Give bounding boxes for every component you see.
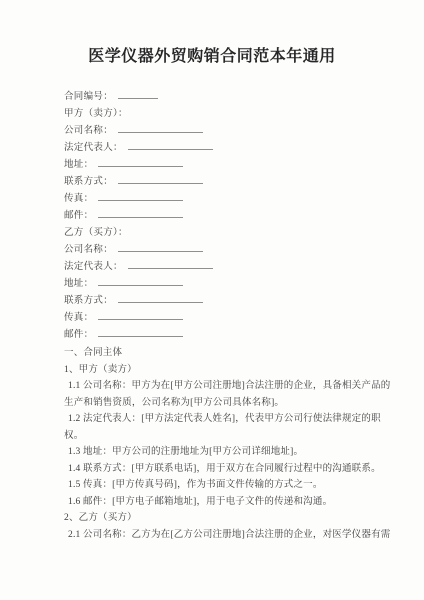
field-label-address: 地址：	[64, 279, 93, 289]
field-label-email: 邮件：	[64, 211, 93, 221]
clause-1-3-line: 1.3 地址：甲方公司的注册地址为[甲方公司详细地址]。	[64, 444, 366, 461]
clause-1-1-line: 生产和销售资质，公司名称为[甲方公司具体名称]。	[64, 395, 366, 412]
field-row: 传真：	[64, 310, 366, 327]
field-row: 联系方式：	[64, 293, 366, 310]
field-row: 传真：	[64, 191, 366, 208]
field-label-company-name: 公司名称：	[64, 245, 113, 255]
field-row: 地址：	[64, 276, 366, 293]
field-label-company-name: 公司名称：	[64, 126, 113, 136]
field-blank-legal-rep	[128, 140, 213, 150]
field-blank-email	[98, 208, 183, 218]
clause-1-6-line: 1.6 邮件：[甲方电子邮箱地址]，用于电子文件的传递和沟通。	[64, 494, 366, 511]
party-a-header-label: 甲方（卖方）：	[64, 109, 128, 119]
clause-1-5-line: 1.5 传真：[甲方传真号码]，作为书面文件传输的方式之一。	[64, 477, 366, 494]
contract-title: 医学仪器外贸购销合同范本年通用	[0, 0, 424, 68]
clause-2-1-line: 2.1 公司名称：乙方为在[乙方公司注册地]合法注册的企业，对医学仪器有需	[64, 527, 366, 544]
contract-document-page: 医学仪器外贸购销合同范本年通用 合同编号： 甲方（卖方）： 公司名称： 法定代表…	[0, 0, 424, 600]
field-row: 法定代表人：	[64, 259, 366, 276]
clause-1-4-line: 1.4 联系方式：[甲方联系电话]，用于双方在合同履行过程中的沟通联系。	[64, 461, 366, 478]
contract-no-row: 合同编号：	[64, 89, 366, 106]
field-row: 地址：	[64, 157, 366, 174]
field-label-address: 地址：	[64, 160, 93, 170]
field-blank-company-name	[118, 242, 203, 252]
field-label-fax: 传真：	[64, 194, 93, 204]
contract-no-blank	[118, 89, 158, 99]
contract-no-label: 合同编号：	[64, 92, 113, 102]
clause-1-2-line: 1.2 法定代表人：[甲方法定代表人姓名]，代表甲方公司行使法律规定的职	[64, 411, 366, 428]
contract-fields: 合同编号： 甲方（卖方）： 公司名称： 法定代表人： 地址： 联系方式： 传真：…	[64, 89, 366, 344]
field-blank-company-name	[118, 123, 203, 133]
field-blank-address	[98, 157, 183, 167]
party-b-header: 乙方（买方）：	[64, 225, 366, 242]
field-row: 法定代表人：	[64, 140, 366, 157]
party-a-clause-heading: 1、甲方（卖方）	[64, 362, 366, 379]
field-row: 公司名称：	[64, 123, 366, 140]
field-row: 联系方式：	[64, 174, 366, 191]
field-row: 邮件：	[64, 208, 366, 225]
field-label-fax: 传真：	[64, 313, 93, 323]
clause-1-2-line: 权。	[64, 428, 366, 445]
party-a-header: 甲方（卖方）：	[64, 106, 366, 123]
field-label-contact: 联系方式：	[64, 296, 113, 306]
field-label-contact: 联系方式：	[64, 177, 113, 187]
field-label-email: 邮件：	[64, 330, 93, 340]
party-b-header-label: 乙方（买方）：	[64, 228, 128, 238]
contract-body: 一、合同主体 1、甲方（卖方） 1.1 公司名称：甲方为在[甲方公司注册地]合法…	[64, 345, 366, 543]
field-label-legal-rep: 法定代表人：	[64, 262, 123, 272]
field-blank-contact	[118, 293, 203, 303]
field-blank-legal-rep	[128, 259, 213, 269]
field-blank-address	[98, 276, 183, 286]
field-row: 公司名称：	[64, 242, 366, 259]
field-blank-fax	[98, 191, 183, 201]
clause-1-1-line: 1.1 公司名称：甲方为在[甲方公司注册地]合法注册的企业，具备相关产品的	[64, 378, 366, 395]
contract-content: 合同编号： 甲方（卖方）： 公司名称： 法定代表人： 地址： 联系方式： 传真：…	[64, 89, 366, 543]
field-row: 邮件：	[64, 327, 366, 344]
field-blank-email	[98, 327, 183, 337]
section-heading: 一、合同主体	[64, 345, 366, 362]
field-blank-fax	[98, 310, 183, 320]
party-b-clause-heading: 2、乙方（买方）	[64, 510, 366, 527]
field-blank-contact	[118, 174, 203, 184]
field-label-legal-rep: 法定代表人：	[64, 143, 123, 153]
